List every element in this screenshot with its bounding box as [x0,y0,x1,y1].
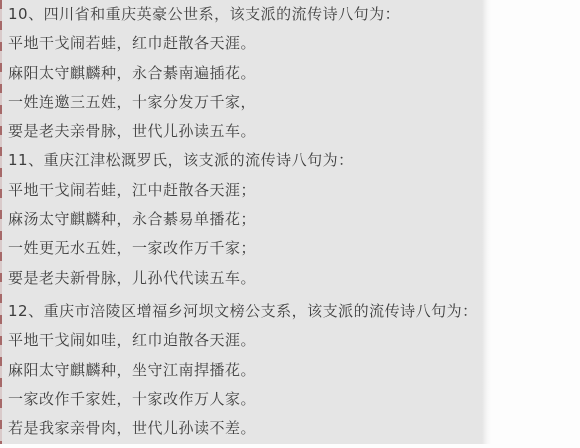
section-heading: 10、四川省和重庆英豪公世系，该支派的流传诗八句为： [0,0,482,29]
section-heading: 11、重庆江津松溉罗氏，该支派的流传诗八句为： [0,146,482,175]
poem-line: 麻汤太守麒麟种，永合綦易单播花； [0,205,482,234]
poem-line: 一姓连邀三五姓，十家分发万千家， [0,88,482,117]
section-11: 11、重庆江津松溉罗氏，该支派的流传诗八句为： 平地干戈闹若蛙，江中赶散各天涯；… [0,146,482,292]
poem-line: 平地干戈闹如哇，红巾迫散各天涯。 [0,326,482,355]
poem-line: 要是老夫新骨脉，儿孙代代读五车。 [0,264,482,293]
left-edge-red-border [0,0,2,444]
poem-line: 平地干戈闹若蛙，红巾赶散各天涯。 [0,29,482,58]
poem-line: 麻阳太守麒麟种，坐守江南捍播花。 [0,356,482,385]
text-column: 10、四川省和重庆英豪公世系，该支派的流传诗八句为： 平地干戈闹若蛙，红巾赶散各… [0,0,482,444]
poem-line: 若是我家亲骨肉，世代儿孙读不差。 [0,414,482,443]
column-edge-fade [482,0,491,444]
section-heading: 12、重庆市涪陵区增福乡河坝文榜公支系，该支派的流传诗八句为： [0,297,482,326]
section-10: 10、四川省和重庆英豪公世系，该支派的流传诗八句为： 平地干戈闹若蛙，红巾赶散各… [0,0,482,146]
document-page: 10、四川省和重庆英豪公世系，该支派的流传诗八句为： 平地干戈闹若蛙，红巾赶散各… [0,0,580,448]
poem-line: 一姓更无水五姓，一家改作万千家； [0,234,482,263]
poem-line: 一家改作千家姓，十家改作万人家。 [0,385,482,414]
section-12: 12、重庆市涪陵区增福乡河坝文榜公支系，该支派的流传诗八句为： 平地干戈闹如哇，… [0,297,482,443]
poem-line: 平地干戈闹若蛙，江中赶散各天涯； [0,176,482,205]
poem-line: 麻阳太守麒麟种，永合綦南遍插花。 [0,59,482,88]
poem-line: 要是老夫亲骨脉，世代儿孙读五车。 [0,117,482,146]
